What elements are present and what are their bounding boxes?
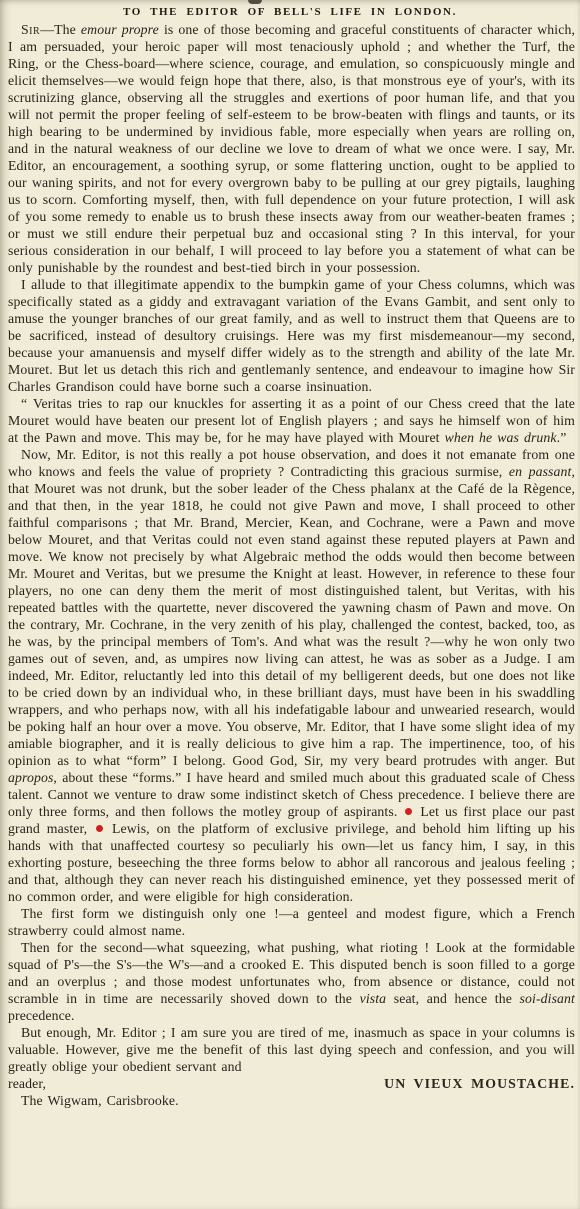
signature-line: reader,UN VIEUX MOUSTACHE. — [8, 1075, 575, 1092]
newspaper-page: TO THE EDITOR OF BELL'S LIFE IN LONDON. … — [0, 0, 580, 1209]
letter-paragraph: I allude to that illegitimate appendix t… — [8, 276, 575, 395]
letter-paragraph: Then for the second—what squeezing, what… — [8, 939, 575, 1024]
letter-paragraph: But enough, Mr. Editor ; I am sure you a… — [8, 1024, 575, 1075]
letter-paragraph: Now, Mr. Editor, is not this really a po… — [8, 446, 575, 905]
signature-name: UN VIEUX MOUSTACHE. — [384, 1075, 575, 1092]
letter-paragraph: Sir—The emour propre is one of those bec… — [8, 21, 575, 276]
letter-paragraph: “ Veritas tries to rap our knuckles for … — [8, 395, 575, 446]
annotation-dot-icon — [96, 825, 103, 832]
ink-smudge — [248, 0, 262, 4]
letter-body: Sir—The emour propre is one of those bec… — [0, 21, 580, 1109]
letter-paragraph: The Wigwam, Carisbrooke. — [8, 1092, 575, 1109]
article-title: TO THE EDITOR OF BELL'S LIFE IN LONDON. — [0, 0, 580, 18]
letter-paragraph: The first form we distinguish only one !… — [8, 905, 575, 939]
annotation-dot-icon — [405, 808, 412, 815]
